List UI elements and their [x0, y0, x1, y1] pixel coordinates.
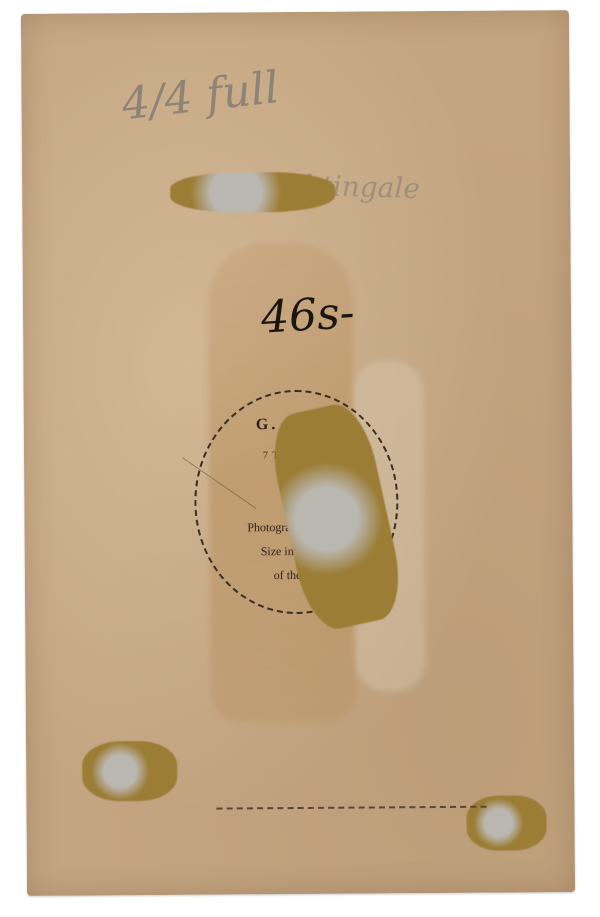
glue-residue-bottom-right	[466, 795, 546, 851]
pencil-note-1: 4/4 full	[119, 62, 281, 130]
glue-residue-bottom-left	[82, 741, 177, 802]
dashed-trace-line	[216, 806, 486, 810]
ink-number: 46s-	[260, 287, 356, 343]
glue-residue-top	[170, 172, 335, 213]
photo-card-back: 4/4 full Nightingale 46s- G. H. ... 7 Tr…	[21, 10, 575, 896]
